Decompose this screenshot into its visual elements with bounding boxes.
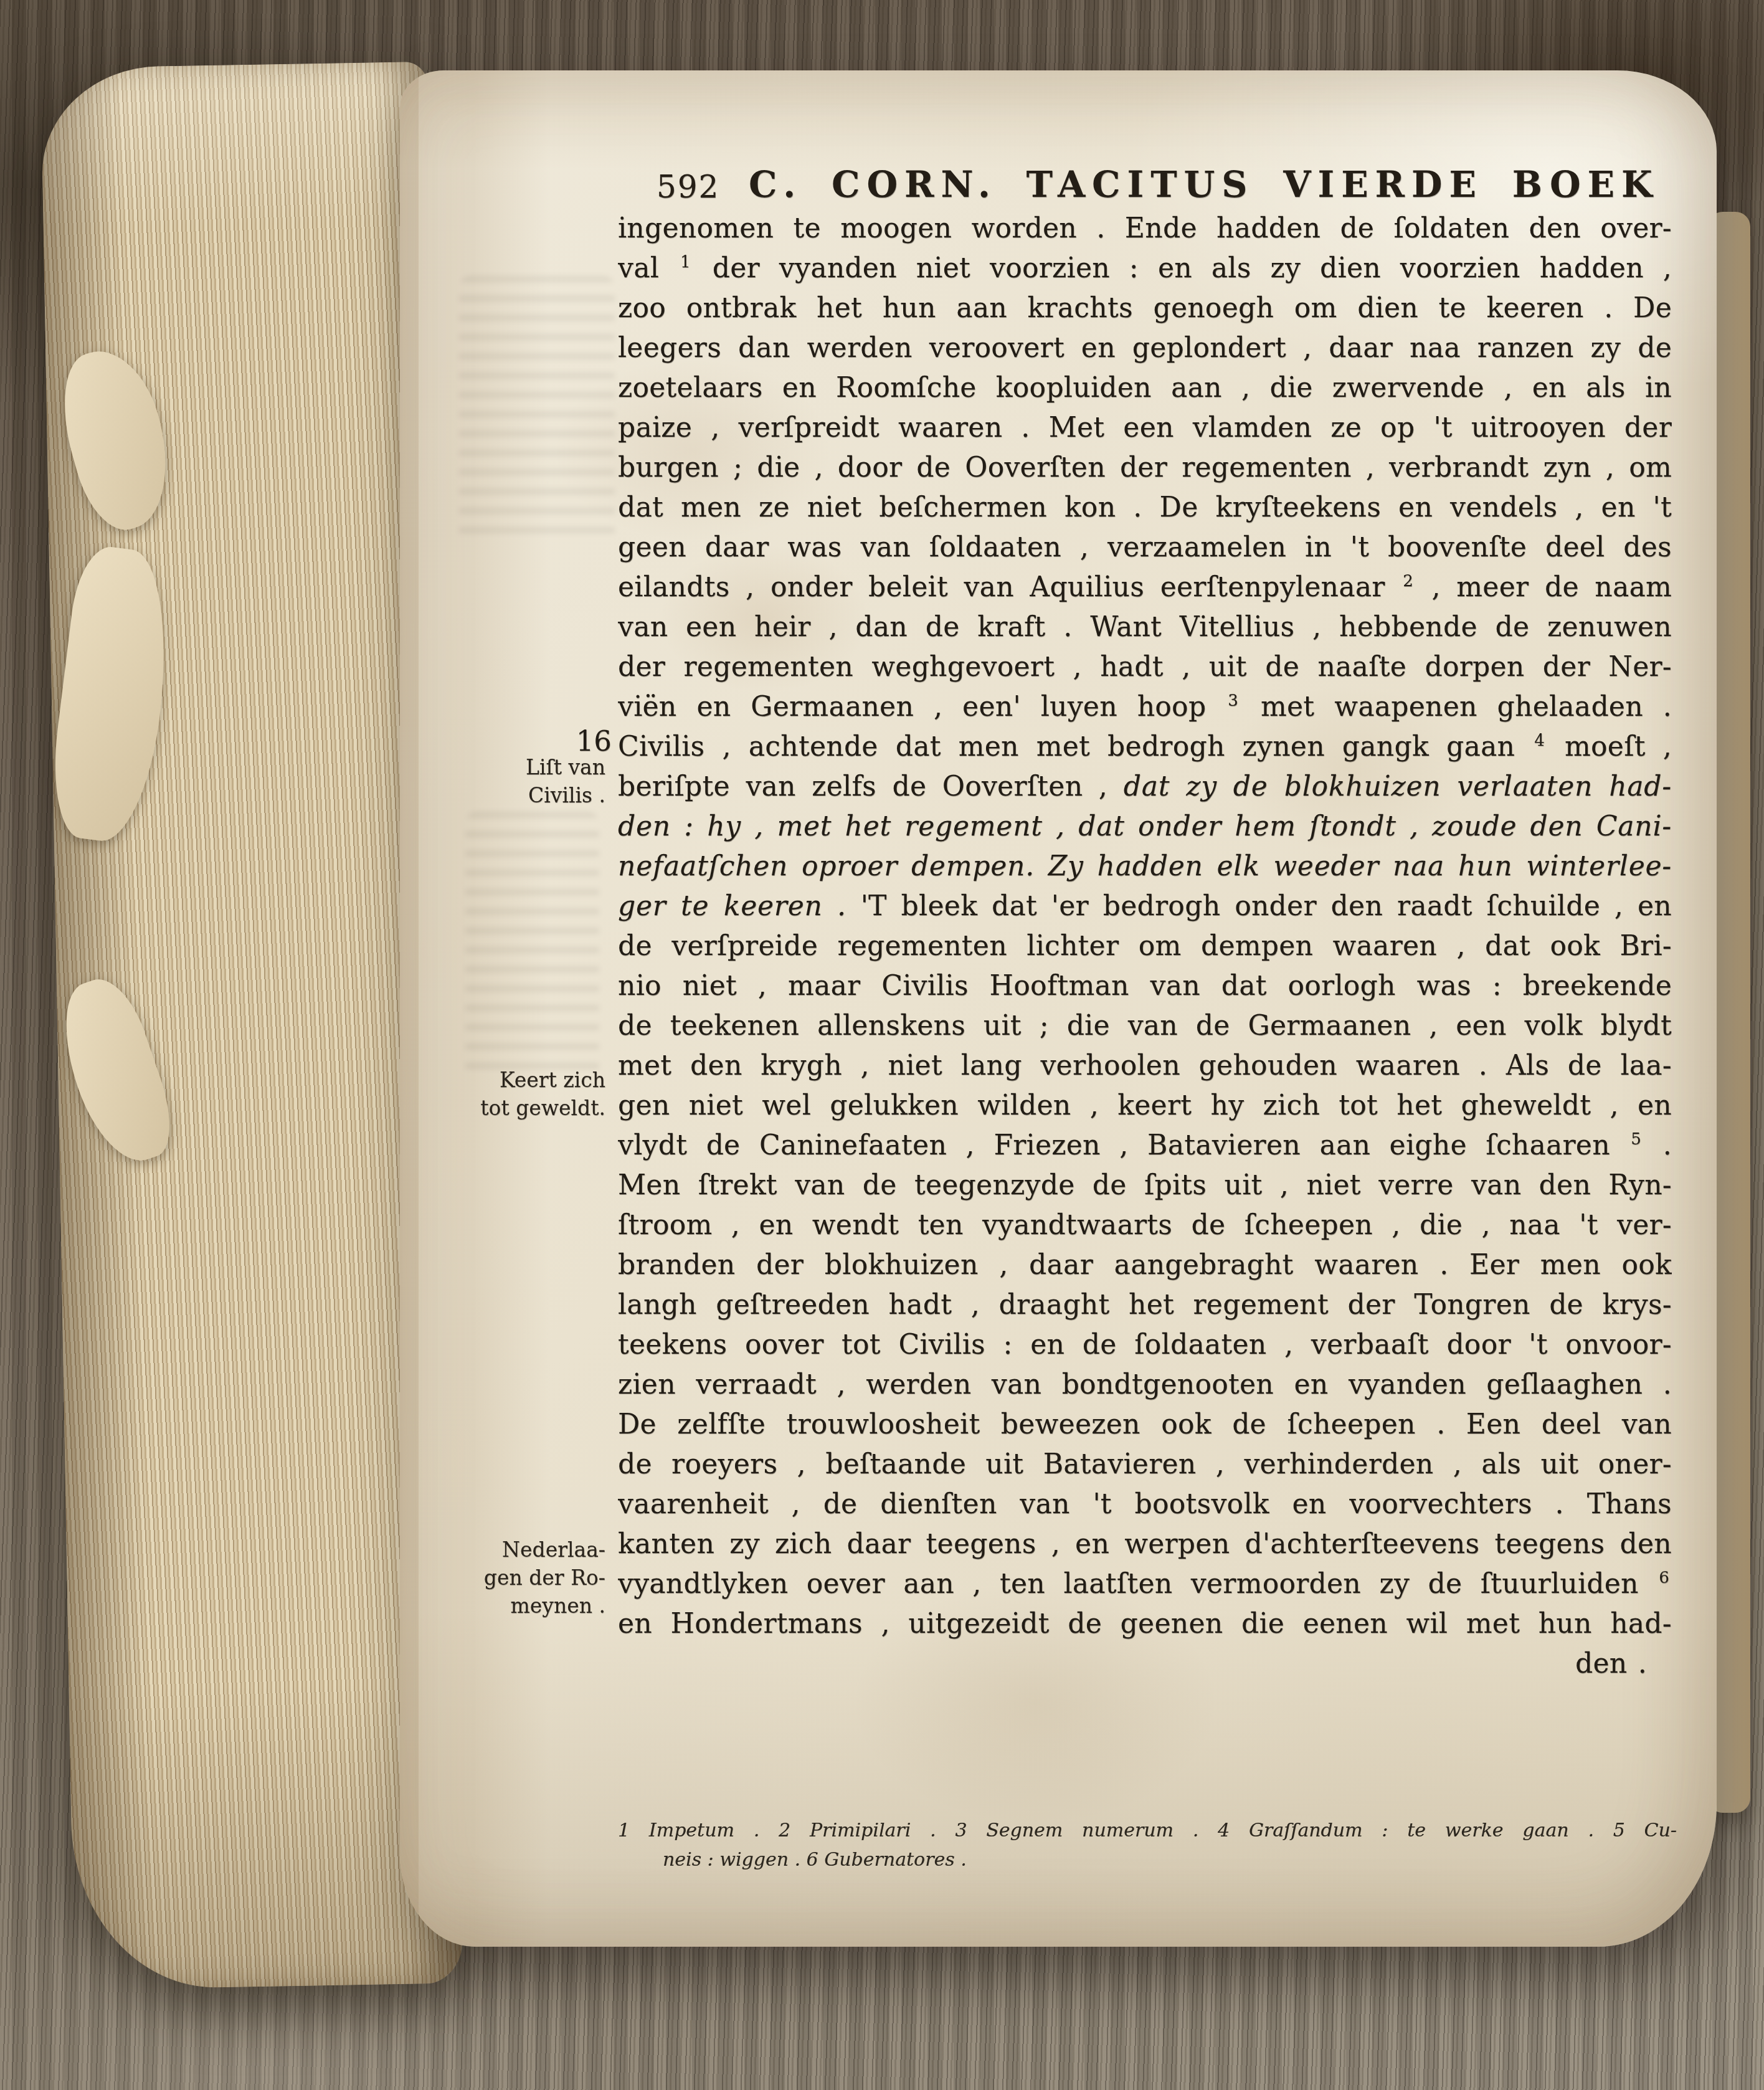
body-line: zoetelaars en Roomſche koopluiden aan , …	[618, 368, 1672, 408]
body-line: vaarenheit , de dienſten van 't bootsvol…	[618, 1484, 1672, 1524]
body-line: vlydt de Caninefaaten , Friezen , Batavi…	[618, 1126, 1672, 1166]
footnote-reference: 5	[1631, 1130, 1641, 1149]
footnote-reference: 3	[1228, 691, 1238, 710]
body-line: nio niet , maar Civilis Hooftman van dat…	[618, 966, 1672, 1006]
body-line: Civilis , achtende dat men met bedrogh z…	[618, 727, 1672, 767]
wood-table-background: 592 C. CORN. TACITUS VIERDE BOEK 16 Liſt…	[0, 0, 1764, 2090]
body-line: de teekenen allenskens uit ; die van de …	[618, 1006, 1672, 1046]
body-line: den : hy , met het regement , dat onder …	[618, 807, 1672, 847]
body-line: ger te keeren . 'T bleek dat 'er bedrogh…	[618, 886, 1672, 926]
margin-note-keert-zich-tot-geweldt: Keert zich tot geweldt.	[424, 1066, 605, 1122]
footnote-reference: 4	[1534, 731, 1545, 750]
body-line: de verſpreide regementen lichter om demp…	[618, 926, 1672, 966]
body-line: beriſpte van zelfs de Ooverſten , dat zy…	[618, 767, 1672, 807]
body-line: zien verraadt , werden van bondtgenooten…	[618, 1365, 1672, 1405]
footnote-reference: 6	[1659, 1569, 1669, 1587]
margin-note-list-van-civilis: Liſt van Civilis .	[424, 753, 605, 809]
body-line: kanten zy zich daar teegens , en werpen …	[618, 1524, 1672, 1564]
body-line: leegers dan werden veroovert en geplonde…	[618, 328, 1672, 368]
footnote-reference: 1	[680, 253, 691, 272]
body-line: ingenomen te moogen worden . Ende hadden…	[618, 209, 1672, 249]
body-line: teekens oover tot Civilis : en de ſoldaa…	[618, 1325, 1672, 1365]
footnote-reference: 2	[1403, 572, 1413, 591]
body-text: ingenomen te moogen worden . Ende hadden…	[618, 209, 1672, 1684]
body-line: met den krygh , niet lang verhoolen geho…	[618, 1046, 1672, 1086]
body-line: geen daar was van ſoldaaten , verzaamele…	[618, 528, 1672, 568]
margin-note-nederlaagen-der-romeynen: Nederlaa- gen der Ro- meynen .	[424, 1536, 605, 1620]
body-line: dat men ze niet beſchermen kon . De kryſ…	[618, 488, 1672, 528]
body-line: De zelfſte trouwloosheit beweezen ook de…	[618, 1405, 1672, 1445]
body-line: burgen ; die , door de Ooverſten der reg…	[618, 448, 1672, 488]
body-line: ſtroom , en wendt ten vyandtwaarts de ſc…	[618, 1205, 1672, 1245]
footnote-line: neis : wiggen . 6 Gubernatores .	[618, 1845, 1677, 1874]
ink-show-through	[465, 812, 599, 1080]
body-line: val 1 der vyanden niet voorzien : en als…	[618, 249, 1672, 288]
ink-show-through	[459, 276, 615, 544]
body-line: Men ſtrekt van de teegenzyde de ſpits ui…	[618, 1166, 1672, 1205]
body-line: viën en Germaanen , een' luyen hoop 3 me…	[618, 687, 1672, 727]
body-line: en Hondertmans , uitgezeidt de geenen di…	[618, 1604, 1672, 1644]
body-line: der regementen weghgevoert , hadt , uit …	[618, 647, 1672, 687]
running-title: C. CORN. TACITUS VIERDE BOEK	[749, 164, 1659, 206]
footnote-line: 1 Impetum . 2 Primipilari . 3 Segnem num…	[618, 1816, 1677, 1845]
body-line: branden der blokhuizen , daar aangebragh…	[618, 1245, 1672, 1285]
body-line: langh geſtreeden hadt , draaght het rege…	[618, 1285, 1672, 1325]
body-line: nefaatſchen oproer dempen. Zy hadden elk…	[618, 847, 1672, 886]
page-content: 592 C. CORN. TACITUS VIERDE BOEK 16 Liſt…	[400, 70, 1717, 1947]
body-line: gen niet wel gelukken wilden , keert hy …	[618, 1086, 1672, 1126]
body-line: zoo ontbrak het hun aan krachts genoegh …	[618, 288, 1672, 328]
body-line: paize , verſpreidt waaren . Met een vlam…	[618, 408, 1672, 448]
body-line: den .	[618, 1644, 1672, 1684]
body-line: vyandtlyken oever aan , ten laatſten ver…	[618, 1564, 1672, 1604]
body-line: de roeyers , beſtaande uit Batavieren , …	[618, 1445, 1672, 1484]
page-number: 592	[657, 169, 719, 205]
body-line: van een heir , dan de kraft . Want Vitel…	[618, 607, 1672, 647]
footnotes: 1 Impetum . 2 Primipilari . 3 Segnem num…	[618, 1816, 1677, 1874]
book-page: 592 C. CORN. TACITUS VIERDE BOEK 16 Liſt…	[400, 70, 1717, 1947]
body-line: eilandts , onder beleit van Aquilius eer…	[618, 568, 1672, 607]
